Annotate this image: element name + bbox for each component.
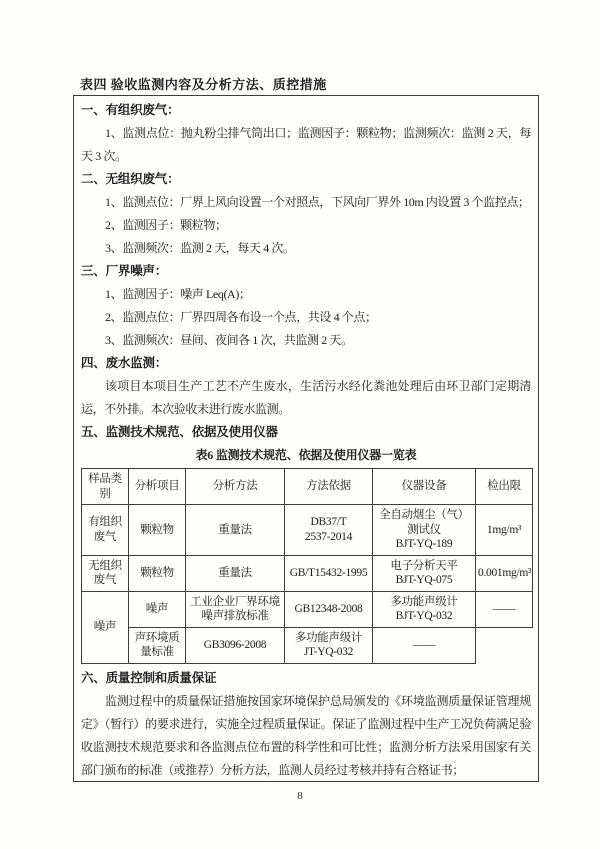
table-header-row: 样品类别 分析项目 分析方法 方法依据 仪器设备 检出限 — [82, 469, 533, 505]
section-wastewater-monitoring: 四、废水监测： 该项目本项目生产工艺不产生废水，生活污水经化粪池处理后由环卫部门… — [81, 352, 531, 421]
instruments-table: 样品类别 分析项目 分析方法 方法依据 仪器设备 检出限 有组织 废气 颗粒物 … — [81, 468, 533, 664]
page-title: 表四 验收监测内容及分析方法、质控措施 — [80, 74, 327, 93]
table-cell: 无组织 废气 — [82, 555, 129, 591]
section-heading: 五、监测技术规范、依据及使用仪器 — [81, 421, 531, 444]
table-cell: 全自动烟尘（气） 测试仪 BJT-YQ-189 — [373, 505, 476, 556]
paragraph: 2、监测因子：颗粒物； — [81, 214, 531, 237]
table-cell: 电子分析天平 BJT-YQ-075 — [373, 555, 476, 591]
section-organized-waste-gas: 一、有组织废气： 1、监测点位：抛丸粉尘排气筒出口；监测因子：颗粒物；监测频次：… — [81, 99, 531, 168]
table-cell: 颗粒物 — [129, 505, 186, 556]
paragraph: 1、监测因子：噪声 Leq(A)； — [81, 283, 531, 306]
table-cell: 重量法 — [186, 555, 285, 591]
table-cell-merged-noise: 噪声 — [82, 591, 129, 663]
table-cell: 工业企业厂界环境 噪声排放标准 — [186, 591, 285, 627]
column-header-sample-type: 样品类别 — [82, 469, 129, 505]
table-row: 声环境质量标准 GB3096-2008 多功能声级计 JT-YQ-032 —— — [82, 627, 533, 663]
column-header-method-basis: 方法依据 — [285, 469, 373, 505]
section-heading: 三、厂界噪声： — [81, 260, 531, 283]
table-cell: 多功能声级计 JT-YQ-032 — [285, 627, 373, 663]
column-header-analysis-item: 分析项目 — [129, 469, 186, 505]
section-quality-control: 六、质量控制和质量保证 监测过程中的质量保证措施按国家环境保护总局颁发的《环境监… — [81, 667, 531, 782]
table-cell: GB12348-2008 — [285, 591, 373, 627]
section-heading: 六、质量控制和质量保证 — [81, 667, 531, 690]
column-header-detection-limit: 检出限 — [476, 469, 533, 505]
table-row: 无组织 废气 颗粒物 重量法 GB/T15432-1995 电子分析天平 BJT… — [82, 555, 533, 591]
column-header-analysis-method: 分析方法 — [186, 469, 285, 505]
paragraph: 3、监测频次：昼间、夜间各 1 次，共监测 2 天。 — [81, 329, 531, 352]
page-number: 8 — [0, 790, 600, 802]
table-cell: 有组织 废气 — [82, 505, 129, 556]
paragraph: 2、监测点位：厂界四周各布设一个点，共设 4 个点； — [81, 306, 531, 329]
paragraph: 监测过程中的质量保证措施按国家环境保护总局颁发的《环境监测质量保证管理规定》（暂… — [81, 690, 531, 782]
table-cell: —— — [373, 627, 476, 663]
table-row: 噪声 噪声 工业企业厂界环境 噪声排放标准 GB12348-2008 多功能声级… — [82, 591, 533, 627]
document-page: 表四 验收监测内容及分析方法、质控措施 一、有组织废气： 1、监测点位：抛丸粉尘… — [0, 0, 600, 849]
paragraph: 该项目本项目生产工艺不产生废水，生活污水经化粪池处理后由环卫部门定期清运，不外排… — [81, 375, 531, 421]
column-header-instrument: 仪器设备 — [373, 469, 476, 505]
table-cell: 颗粒物 — [129, 555, 186, 591]
table-cell: —— — [476, 591, 533, 627]
table-cell: GB3096-2008 — [186, 627, 285, 663]
table-cell: 多功能声级计 BJT-YQ-032 — [373, 591, 476, 627]
section-heading: 二、无组织废气： — [81, 168, 531, 191]
table-row: 有组织 废气 颗粒物 重量法 DB37/T 2537-2014 全自动烟尘（气）… — [82, 505, 533, 556]
paragraph: 1、监测点位：厂界上风向设置一个对照点，下风向厂界外 10m 内设置 3 个监控… — [81, 191, 531, 214]
section-monitoring-standards: 五、监测技术规范、依据及使用仪器 表6 监测技术规范、依据及使用仪器一览表 样品… — [81, 421, 531, 664]
table-cell: 重量法 — [186, 505, 285, 556]
paragraph: 3、监测频次：监测 2 天，每天 4 次。 — [81, 237, 531, 260]
section-unorganized-waste-gas: 二、无组织废气： 1、监测点位：厂界上风向设置一个对照点，下风向厂界外 10m … — [81, 168, 531, 260]
section-boundary-noise: 三、厂界噪声： 1、监测因子：噪声 Leq(A)； 2、监测点位：厂界四周各布设… — [81, 260, 531, 352]
paragraph: 1、监测点位：抛丸粉尘排气筒出口；监测因子：颗粒物；监测频次：监测 2 天，每天… — [81, 122, 531, 168]
table-cell: 0.001mg/m³ — [476, 555, 533, 591]
table-cell: 声环境质量标准 — [129, 627, 186, 663]
table-cell: DB37/T 2537-2014 — [285, 505, 373, 556]
table-cell: 噪声 — [129, 591, 186, 627]
table-cell: GB/T15432-1995 — [285, 555, 373, 591]
section-heading: 一、有组织废气： — [81, 99, 531, 122]
content-box: 一、有组织废气： 1、监测点位：抛丸粉尘排气筒出口；监测因子：颗粒物；监测频次：… — [73, 95, 539, 782]
table-caption: 表6 监测技术规范、依据及使用仪器一览表 — [81, 444, 531, 467]
table-cell: 1mg/m³ — [476, 505, 533, 556]
section-heading: 四、废水监测： — [81, 352, 531, 375]
